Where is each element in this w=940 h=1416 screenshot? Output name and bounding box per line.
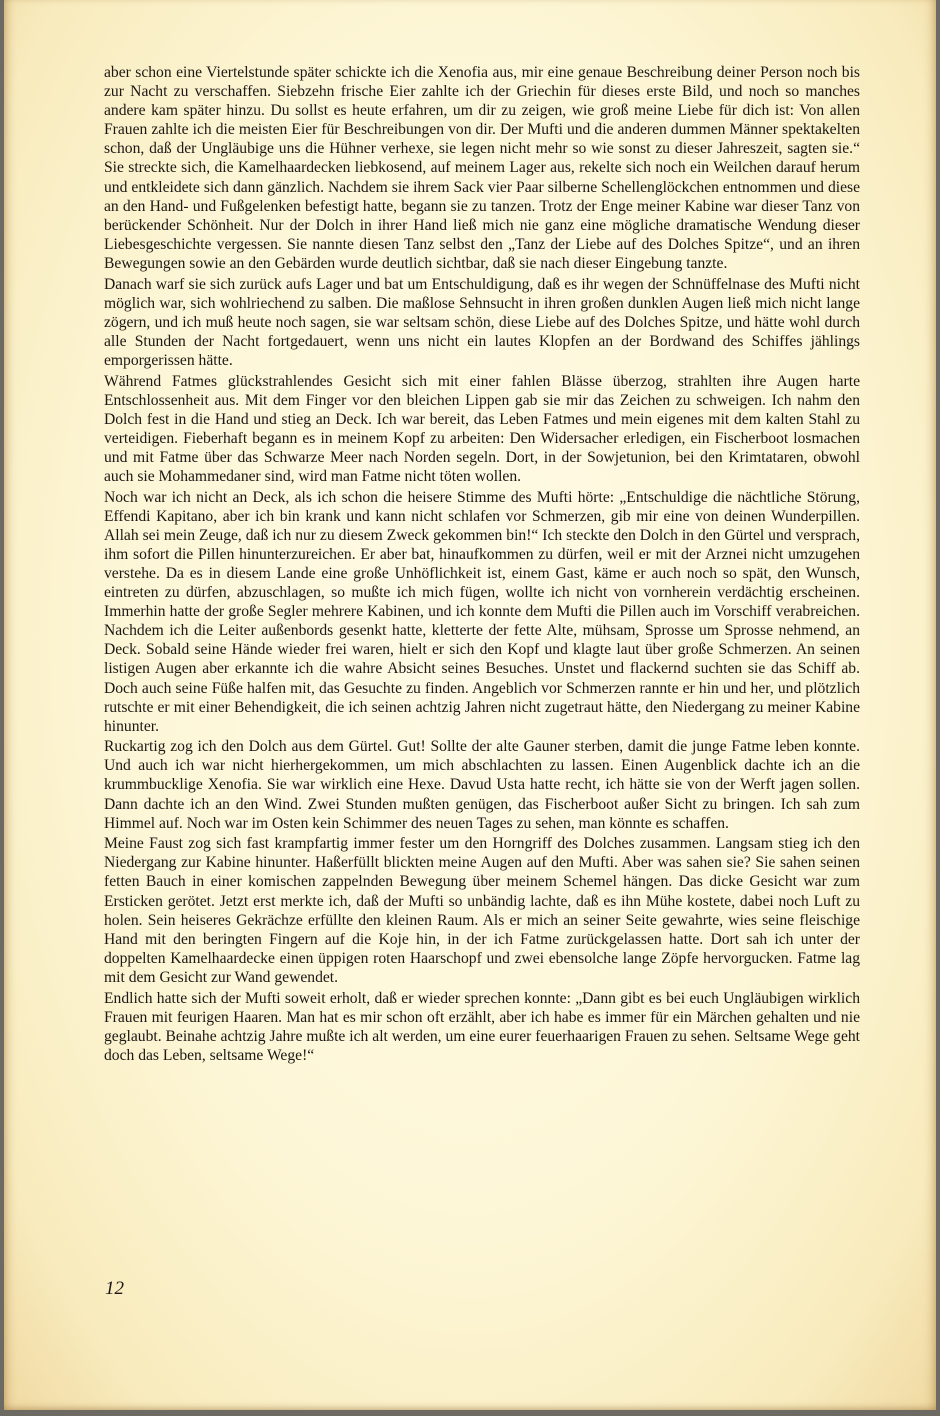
paragraph: Danach warf sie sich zurück aufs Lager u… [104,275,860,370]
paragraph: Ruckartig zog ich den Dolch aus dem Gürt… [104,737,860,832]
body-text: aber schon eine Viertelstunde später sch… [104,63,860,1065]
paragraph: Meine Faust zog sich fast krampfartig im… [104,834,860,987]
book-page: aber schon eine Viertelstunde später sch… [4,0,936,1410]
paragraph: Noch war ich nicht an Deck, als ich scho… [104,488,860,736]
paragraph: aber schon eine Viertelstunde später sch… [104,63,860,273]
paragraph: Während Fatmes glückstrahlendes Gesicht … [104,372,860,487]
paragraph: Endlich hatte sich der Mufti soweit erho… [104,989,860,1065]
page-number: 12 [105,1278,124,1300]
